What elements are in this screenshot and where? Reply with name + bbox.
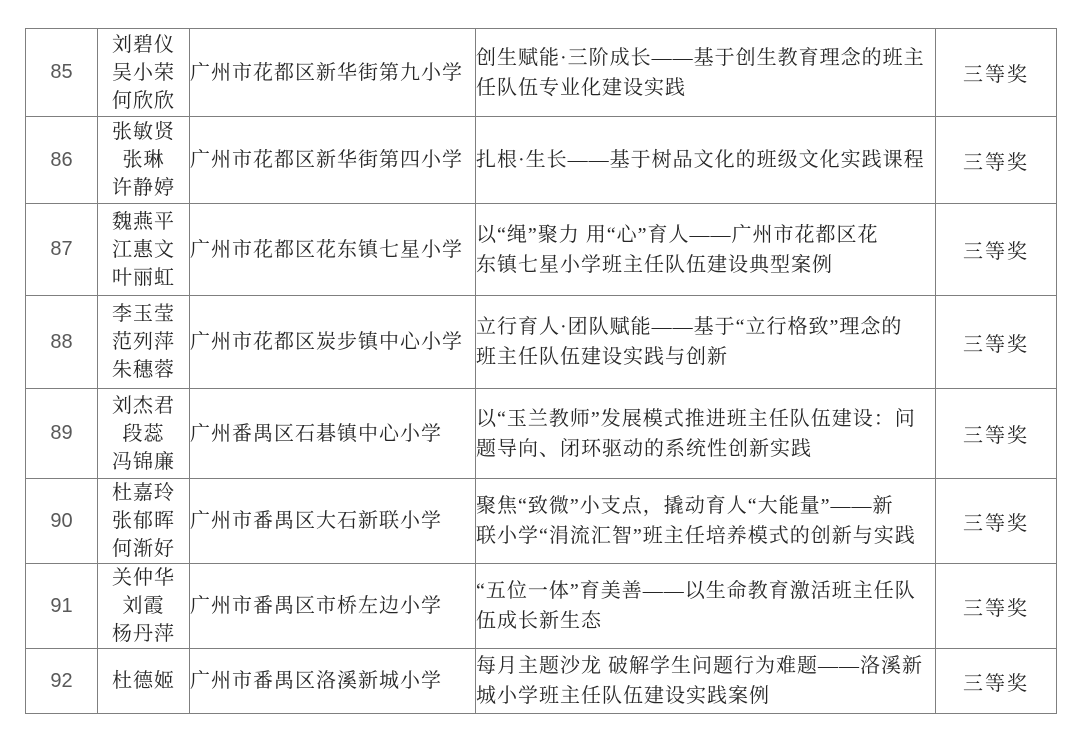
document-page: 85 刘碧仪 吴小荣 何欣欣 广州市花都区新华街第九小学 创生赋能·三阶成长——…	[0, 0, 1080, 743]
cell-names: 魏燕平 江惠文 叶丽虹	[98, 204, 190, 296]
cell-names: 李玉莹 范列萍 朱穗蓉	[98, 296, 190, 389]
table-row: 87 魏燕平 江惠文 叶丽虹 广州市花都区花东镇七星小学 以“绳”聚力 用“心”…	[26, 204, 1057, 296]
table-row: 92 杜德姬 广州市番禺区洛溪新城小学 每月主题沙龙 破解学生问题行为难题——洛…	[26, 649, 1057, 714]
cell-school: 广州市番禺区洛溪新城小学	[190, 649, 476, 714]
cell-names: 刘碧仪 吴小荣 何欣欣	[98, 29, 190, 117]
cell-names: 刘杰君 段蕊 冯锦廉	[98, 389, 190, 479]
cell-number: 92	[26, 649, 98, 714]
cell-number: 86	[26, 117, 98, 204]
cell-number: 87	[26, 204, 98, 296]
cell-names: 关仲华 刘霞 杨丹萍	[98, 564, 190, 649]
cell-award: 三等奖	[936, 204, 1057, 296]
cell-title: 创生赋能·三阶成长——基于创生教育理念的班主 任队伍专业化建设实践	[476, 29, 936, 117]
cell-school: 广州市花都区新华街第四小学	[190, 117, 476, 204]
cell-award: 三等奖	[936, 479, 1057, 564]
cell-title: 扎根·生长——基于树品文化的班级文化实践课程	[476, 117, 936, 204]
cell-school: 广州市番禺区大石新联小学	[190, 479, 476, 564]
cell-number: 89	[26, 389, 98, 479]
cell-award: 三等奖	[936, 389, 1057, 479]
cell-title: 立行育人·团队赋能——基于“立行格致”理念的 班主任队伍建设实践与创新	[476, 296, 936, 389]
cell-award: 三等奖	[936, 117, 1057, 204]
cell-award: 三等奖	[936, 29, 1057, 117]
cell-title: 以“绳”聚力 用“心”育人——广州市花都区花 东镇七星小学班主任队伍建设典型案例	[476, 204, 936, 296]
cell-school: 广州市花都区新华街第九小学	[190, 29, 476, 117]
cell-title: 以“玉兰教师”发展模式推进班主任队伍建设：问 题导向、闭环驱动的系统性创新实践	[476, 389, 936, 479]
cell-number: 91	[26, 564, 98, 649]
cell-number: 90	[26, 479, 98, 564]
cell-award: 三等奖	[936, 649, 1057, 714]
cell-title: “五位一体”育美善——以生命教育激活班主任队 伍成长新生态	[476, 564, 936, 649]
cell-award: 三等奖	[936, 296, 1057, 389]
cell-names: 杜德姬	[98, 649, 190, 714]
table-row: 91 关仲华 刘霞 杨丹萍 广州市番禺区市桥左边小学 “五位一体”育美善——以生…	[26, 564, 1057, 649]
cell-number: 85	[26, 29, 98, 117]
table-row: 88 李玉莹 范列萍 朱穗蓉 广州市花都区炭步镇中心小学 立行育人·团队赋能——…	[26, 296, 1057, 389]
cell-title: 每月主题沙龙 破解学生问题行为难题——洛溪新 城小学班主任队伍建设实践案例	[476, 649, 936, 714]
table-row: 90 杜嘉玲 张郁晖 何渐好 广州市番禺区大石新联小学 聚焦“致微”小支点，撬动…	[26, 479, 1057, 564]
cell-names: 杜嘉玲 张郁晖 何渐好	[98, 479, 190, 564]
award-table: 85 刘碧仪 吴小荣 何欣欣 广州市花都区新华街第九小学 创生赋能·三阶成长——…	[25, 28, 1057, 714]
table-row: 86 张敏贤 张琳 许静婷 广州市花都区新华街第四小学 扎根·生长——基于树品文…	[26, 117, 1057, 204]
cell-award: 三等奖	[936, 564, 1057, 649]
cell-title: 聚焦“致微”小支点，撬动育人“大能量”——新 联小学“涓流汇智”班主任培养模式的…	[476, 479, 936, 564]
cell-number: 88	[26, 296, 98, 389]
cell-school: 广州市番禺区市桥左边小学	[190, 564, 476, 649]
cell-school: 广州市花都区炭步镇中心小学	[190, 296, 476, 389]
table-row: 85 刘碧仪 吴小荣 何欣欣 广州市花都区新华街第九小学 创生赋能·三阶成长——…	[26, 29, 1057, 117]
table-row: 89 刘杰君 段蕊 冯锦廉 广州番禺区石碁镇中心小学 以“玉兰教师”发展模式推进…	[26, 389, 1057, 479]
cell-school: 广州番禺区石碁镇中心小学	[190, 389, 476, 479]
cell-names: 张敏贤 张琳 许静婷	[98, 117, 190, 204]
cell-school: 广州市花都区花东镇七星小学	[190, 204, 476, 296]
